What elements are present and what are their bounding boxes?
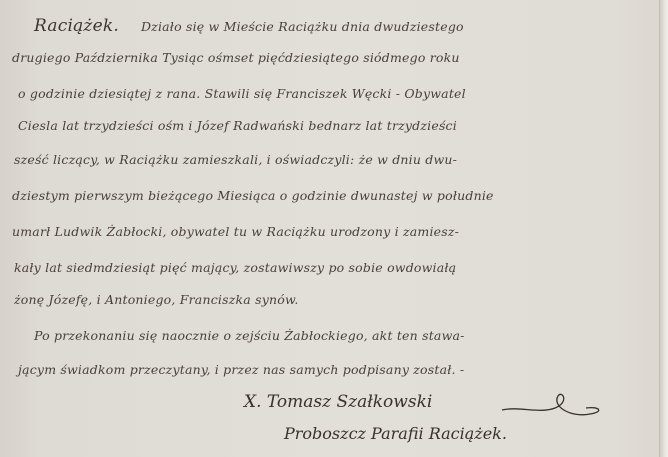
page-edge [659,0,668,457]
text-line-5: sześć liczący, w Raciążku zamieszkali, i… [14,152,457,167]
text-line-11: jącym świadkom przeczytany, i przez nas … [18,362,464,377]
text-line-4: Ciesla lat trzydzieści ośm i Józef Radwa… [18,118,457,133]
signature-flourish-icon [500,388,610,424]
text-line-8: kały lat siedmdziesiąt pięć mający, zost… [14,260,456,275]
place-heading: Raciążek. [34,16,119,36]
text-line-1: Raciążek.Działo się w Mieście Raciążku d… [34,16,464,36]
text-line-9: żonę Józefę, i Antoniego, Franciszka syn… [14,292,299,307]
text-line-6: dziestym pierwszym bieżącego Miesiąca o … [12,188,494,203]
manuscript-page: Raciążek.Działo się w Mieście Raciążku d… [0,0,668,457]
line-1-text: Działo się w Mieście Raciążku dnia dwudz… [141,19,464,34]
text-line-3: o godzinie dziesiątej z rana. Stawili si… [18,86,466,101]
text-line-2: drugiego Października Tysiąc ośmset pięć… [12,50,460,65]
signature-name: X. Tomasz Szałkowski [244,392,432,412]
signature-title: Proboszcz Parafii Raciążek. [284,424,507,443]
text-line-7: umarł Ludwik Żabłocki, obywatel tu w Rac… [12,224,459,239]
text-line-10: Po przekonaniu się naocznie o zejściu Ża… [34,328,465,343]
